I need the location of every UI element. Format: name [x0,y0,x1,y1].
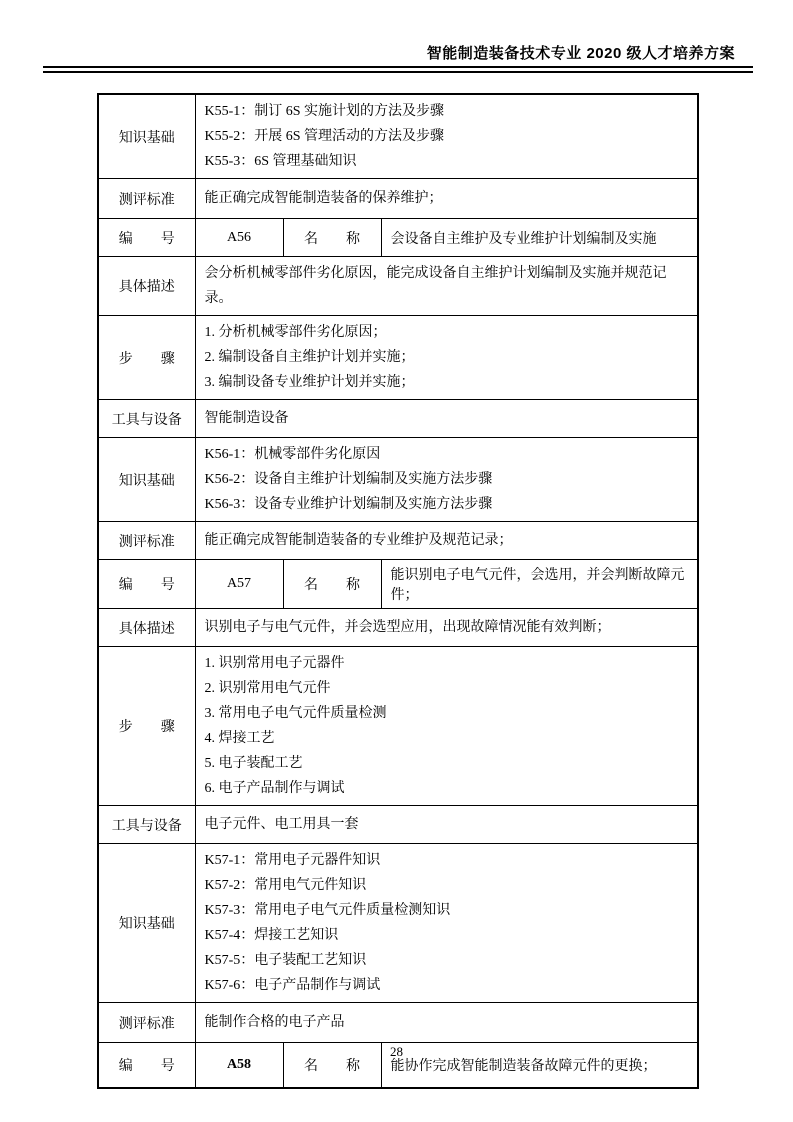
page-number: 28 [0,1044,793,1060]
cell-line: 3. 常用电子电气元件质量检测 [205,701,692,726]
cell-line: K55-2：开展 6S 管理活动的方法及步骤 [205,124,692,149]
cell-line: K57-4：焊接工艺知识 [205,923,692,948]
table-row: 具体描述 识别电子与电气元件，并会选型应用，出现故障情况能有效判断； [98,609,698,647]
table-row: 测评标准 能正确完成智能制造装备的保养维护； [98,179,698,219]
table-row: 知识基础 K57-1：常用电子元器件知识 K57-2：常用电气元件知识 K57-… [98,844,698,1003]
cell-line: 2. 识别常用电气元件 [205,676,692,701]
row-value-cell: K56-1：机械零部件劣化原因 K56-2：设备自主维护计划编制及实施方法步骤 … [195,438,698,522]
cell-line: K57-2：常用电气元件知识 [205,873,692,898]
table-row: 步 骤 1. 识别常用电子元器件 2. 识别常用电气元件 3. 常用电子电气元件… [98,647,698,806]
cell-line: K56-2：设备自主维护计划编制及实施方法步骤 [205,467,692,492]
cell-line: 会分析机械零部件劣化原因，能完成设备自主维护计划编制及实施并规范记录。 [205,261,692,311]
row-id-cell: A57 [195,560,283,609]
cell-line: 智能制造设备 [205,406,692,431]
row-value-cell: 能正确完成智能制造装备的保养维护； [195,179,698,219]
cell-line: 6. 电子产品制作与调试 [205,776,692,801]
cell-line: 能正确完成智能制造装备的专业维护及规范记录； [205,528,692,553]
table-row: 工具与设备 智能制造设备 [98,400,698,438]
cell-line: 能制作合格的电子产品 [205,1010,692,1035]
cell-line: K57-5：电子装配工艺知识 [205,948,692,973]
row-label-cell: 知识基础 [98,94,195,179]
cell-line: 2. 编制设备自主维护计划并实施； [205,345,692,370]
header-divider [43,66,753,73]
row-value-cell: 电子元件、电工用具一套 [195,806,698,844]
row-label-cell: 测评标准 [98,1003,195,1043]
row-name-value-cell: 会设备自主维护及专业维护计划编制及实施 [381,219,698,257]
row-value-cell: 1. 识别常用电子元器件 2. 识别常用电气元件 3. 常用电子电气元件质量检测… [195,647,698,806]
document-page: 智能制造装备技术专业 2020 级人才培养方案 知识基础 K55-1：制订 6S… [0,0,793,1122]
cell-line: 1. 识别常用电子元器件 [205,651,692,676]
table-row: 知识基础 K55-1：制订 6S 实施计划的方法及步骤 K55-2：开展 6S … [98,94,698,179]
row-label-cell: 步 骤 [98,316,195,400]
row-label-cell: 具体描述 [98,257,195,316]
training-plan-table: 知识基础 K55-1：制订 6S 实施计划的方法及步骤 K55-2：开展 6S … [97,93,699,1089]
row-value-cell: 识别电子与电气元件，并会选型应用，出现故障情况能有效判断； [195,609,698,647]
row-label-cell: 编 号 [98,219,195,257]
row-label-cell: 测评标准 [98,179,195,219]
row-value-cell: K55-1：制订 6S 实施计划的方法及步骤 K55-2：开展 6S 管理活动的… [195,94,698,179]
table-row: 知识基础 K56-1：机械零部件劣化原因 K56-2：设备自主维护计划编制及实施… [98,438,698,522]
row-name-label-cell: 名 称 [283,219,381,257]
row-value-cell: 能制作合格的电子产品 [195,1003,698,1043]
row-id-cell: A56 [195,219,283,257]
cell-line: K57-3：常用电子电气元件质量检测知识 [205,898,692,923]
row-label-cell: 工具与设备 [98,400,195,438]
table-row: 步 骤 1. 分析机械零部件劣化原因； 2. 编制设备自主维护计划并实施； 3.… [98,316,698,400]
cell-line: K56-1：机械零部件劣化原因 [205,442,692,467]
row-value-cell: 会分析机械零部件劣化原因，能完成设备自主维护计划编制及实施并规范记录。 [195,257,698,316]
cell-line: K56-3：设备专业维护计划编制及实施方法步骤 [205,492,692,517]
row-label-cell: 测评标准 [98,522,195,560]
table-row: 编 号 A56 名 称 会设备自主维护及专业维护计划编制及实施 [98,219,698,257]
table-row: 具体描述 会分析机械零部件劣化原因，能完成设备自主维护计划编制及实施并规范记录。 [98,257,698,316]
table-row: 编 号 A57 名 称 能识别电子电气元件，会选用，并会判断故障元件； [98,560,698,609]
cell-line: 电子元件、电工用具一套 [205,812,692,837]
cell-line: 4. 焊接工艺 [205,726,692,751]
row-value-cell: 能正确完成智能制造装备的专业维护及规范记录； [195,522,698,560]
page-title: 智能制造装备技术专业 2020 级人才培养方案 [427,42,735,63]
cell-line: 1. 分析机械零部件劣化原因； [205,320,692,345]
row-label-cell: 具体描述 [98,609,195,647]
cell-line: 能正确完成智能制造装备的保养维护； [205,186,692,211]
row-value-cell: 智能制造设备 [195,400,698,438]
cell-line: 3. 编制设备专业维护计划并实施； [205,370,692,395]
row-name-label-cell: 名 称 [283,560,381,609]
row-value-cell: 1. 分析机械零部件劣化原因； 2. 编制设备自主维护计划并实施； 3. 编制设… [195,316,698,400]
cell-line: K57-6：电子产品制作与调试 [205,973,692,998]
row-label-cell: 步 骤 [98,647,195,806]
row-label-cell: 知识基础 [98,844,195,1003]
cell-line: 识别电子与电气元件，并会选型应用，出现故障情况能有效判断； [205,615,692,640]
cell-line: 5. 电子装配工艺 [205,751,692,776]
table-row: 工具与设备 电子元件、电工用具一套 [98,806,698,844]
row-value-cell: K57-1：常用电子元器件知识 K57-2：常用电气元件知识 K57-3：常用电… [195,844,698,1003]
row-label-cell: 编 号 [98,560,195,609]
cell-line: K57-1：常用电子元器件知识 [205,848,692,873]
cell-line: K55-3：6S 管理基础知识 [205,149,692,174]
row-name-value-cell: 能识别电子电气元件，会选用，并会判断故障元件； [381,560,698,609]
table-row: 测评标准 能正确完成智能制造装备的专业维护及规范记录； [98,522,698,560]
table-row: 测评标准 能制作合格的电子产品 [98,1003,698,1043]
cell-line: K55-1：制订 6S 实施计划的方法及步骤 [205,99,692,124]
row-label-cell: 工具与设备 [98,806,195,844]
row-label-cell: 知识基础 [98,438,195,522]
